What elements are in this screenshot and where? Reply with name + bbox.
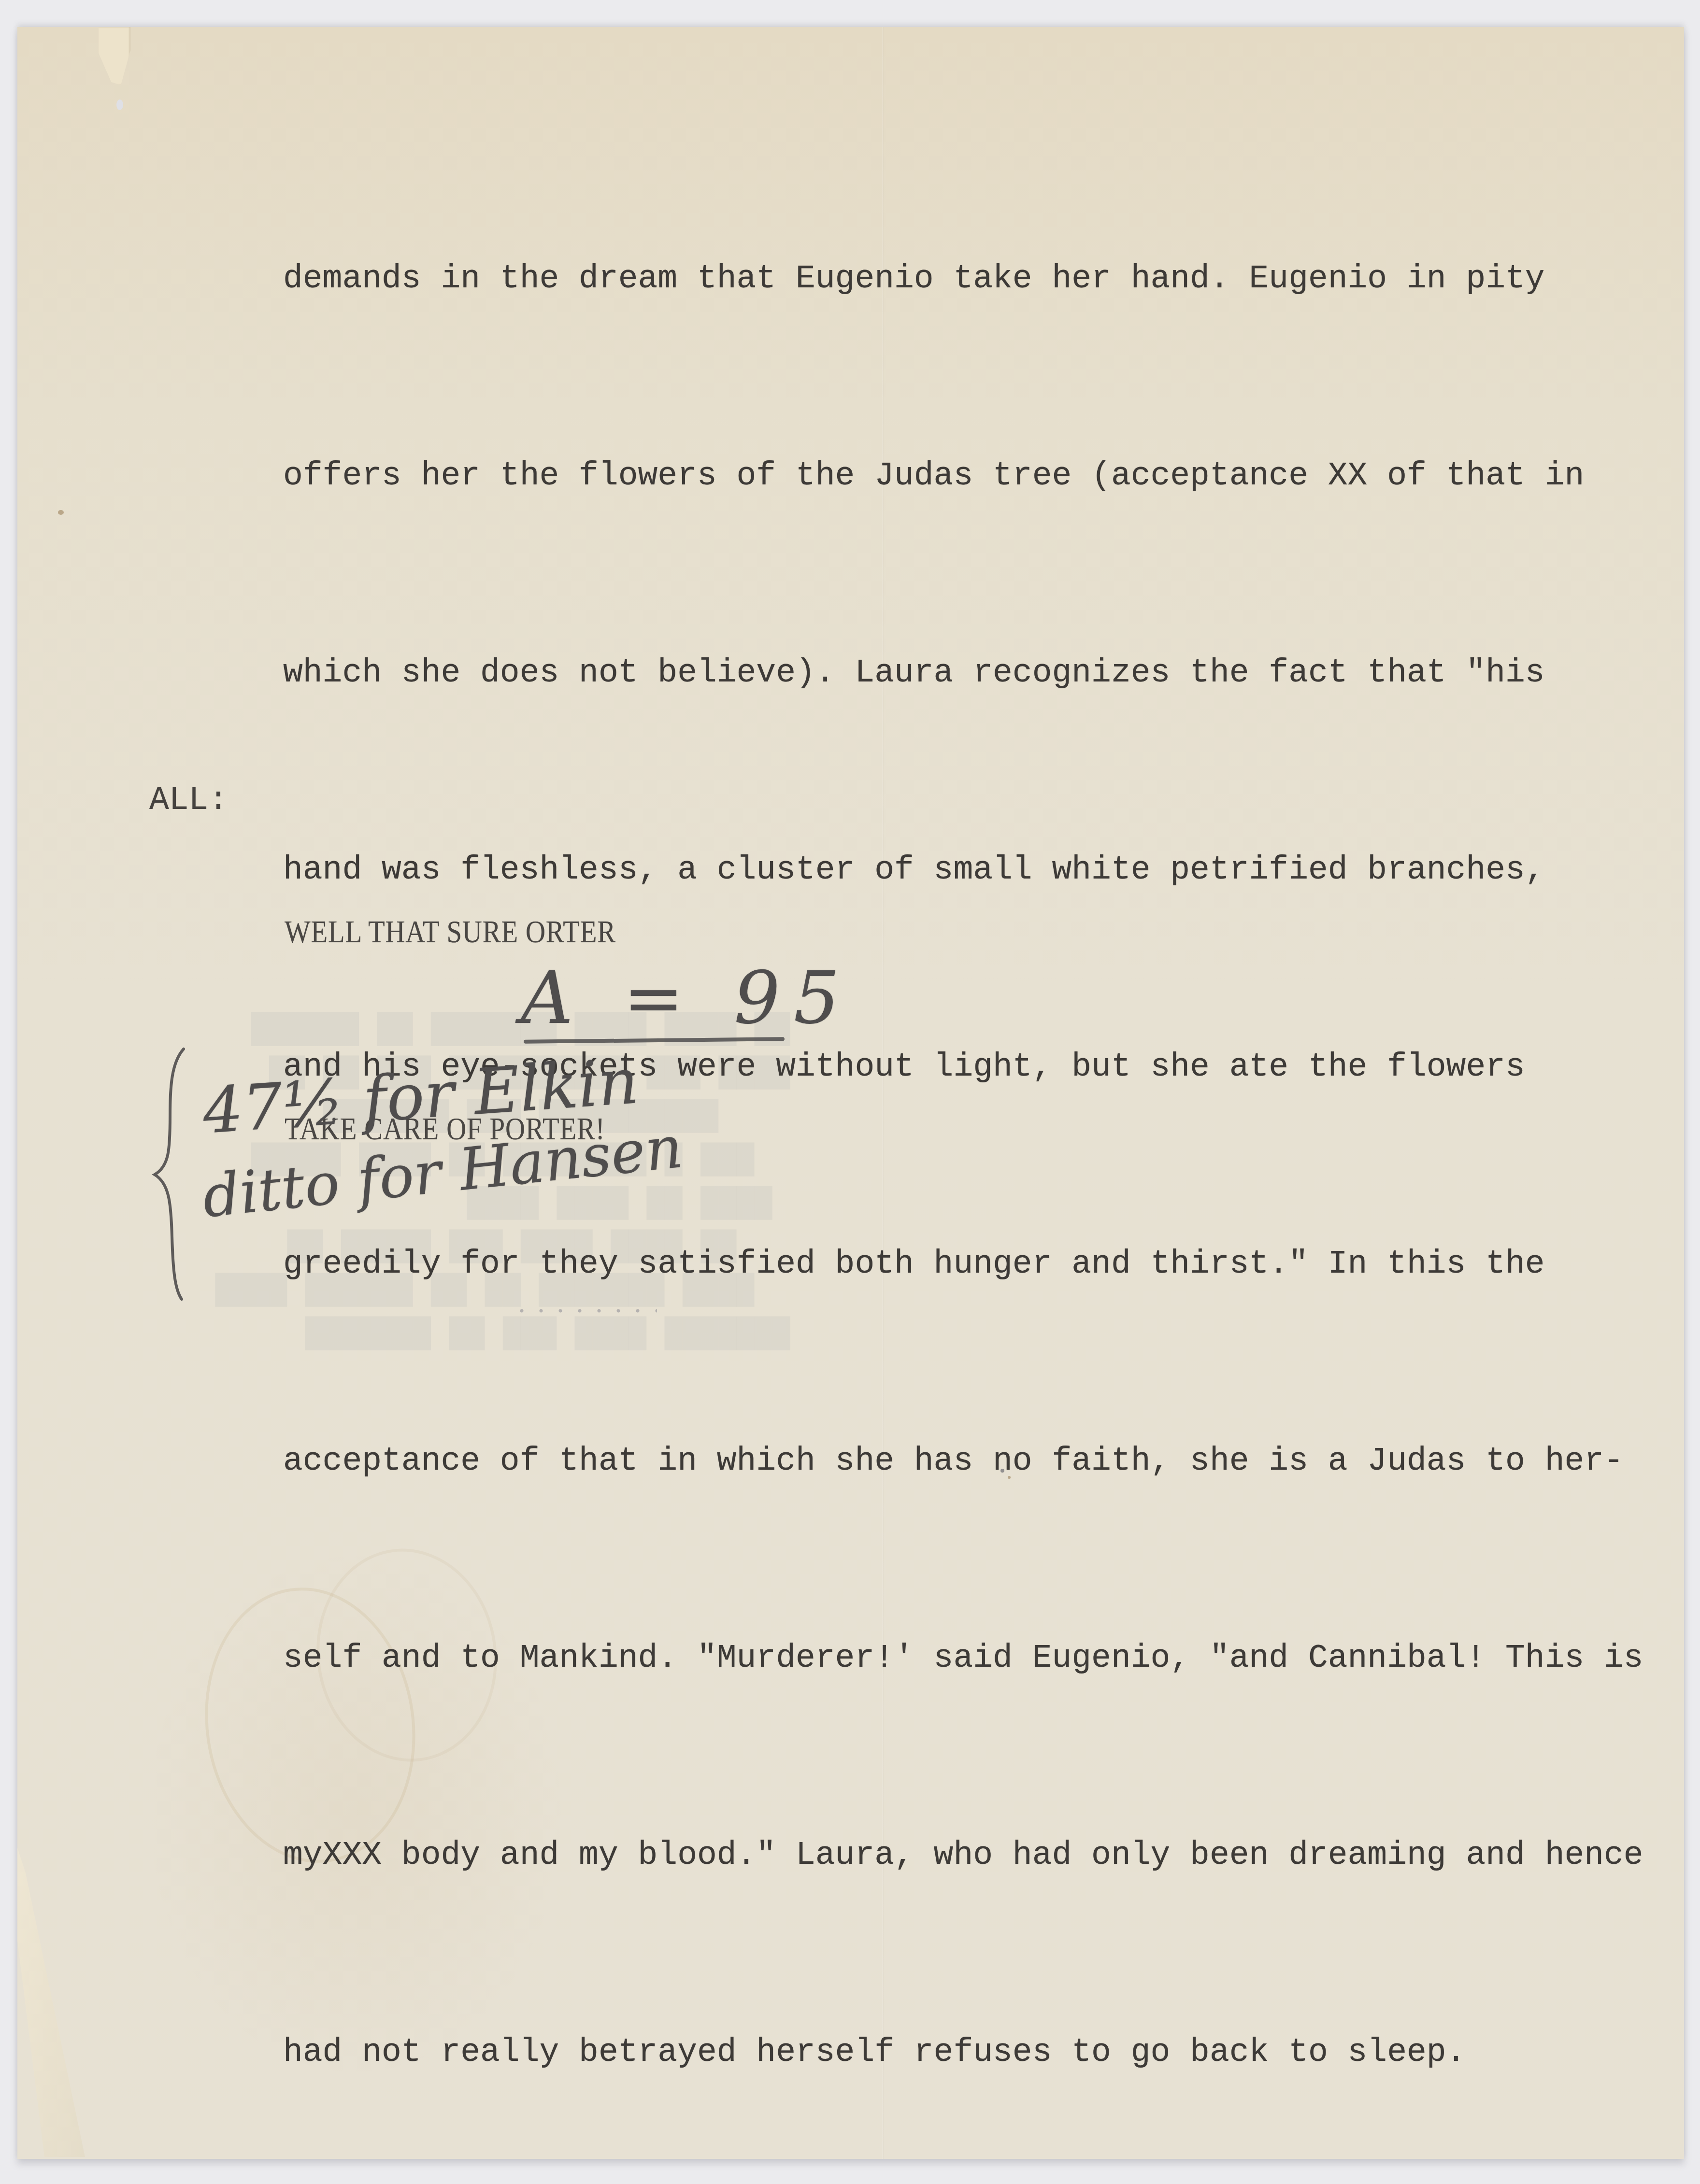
body-line: greedily for they satisfied both hunger … <box>283 1232 1643 1297</box>
top-tear <box>99 27 130 85</box>
paper-speck <box>58 510 64 515</box>
tear-hole <box>116 99 123 110</box>
chorus-line: WELL THAT SURE ORTER <box>285 899 616 965</box>
body-line: demands in the dream that Eugenio take h… <box>283 246 1643 312</box>
dotted-rule <box>512 1308 657 1314</box>
body-line: self and to Mankind. "Murderer!' said Eu… <box>283 1626 1643 1691</box>
body-line: myXXX body and my blood." Laura, who had… <box>283 1823 1643 1888</box>
body-line: offers her the flowers of the Judas tree… <box>283 443 1643 509</box>
torn-corner-flap <box>17 1848 85 2157</box>
curly-brace-icon <box>150 1043 193 1304</box>
body-line: had not really betrayed herself refuses … <box>283 2020 1643 2085</box>
speaker-label: ALL: <box>149 768 228 834</box>
body-line: which she does not believe). Laura recog… <box>283 640 1643 706</box>
handwritten-grade: A = 95 <box>521 956 853 1040</box>
body-line: acceptance of that in which she has no f… <box>283 1429 1643 1494</box>
